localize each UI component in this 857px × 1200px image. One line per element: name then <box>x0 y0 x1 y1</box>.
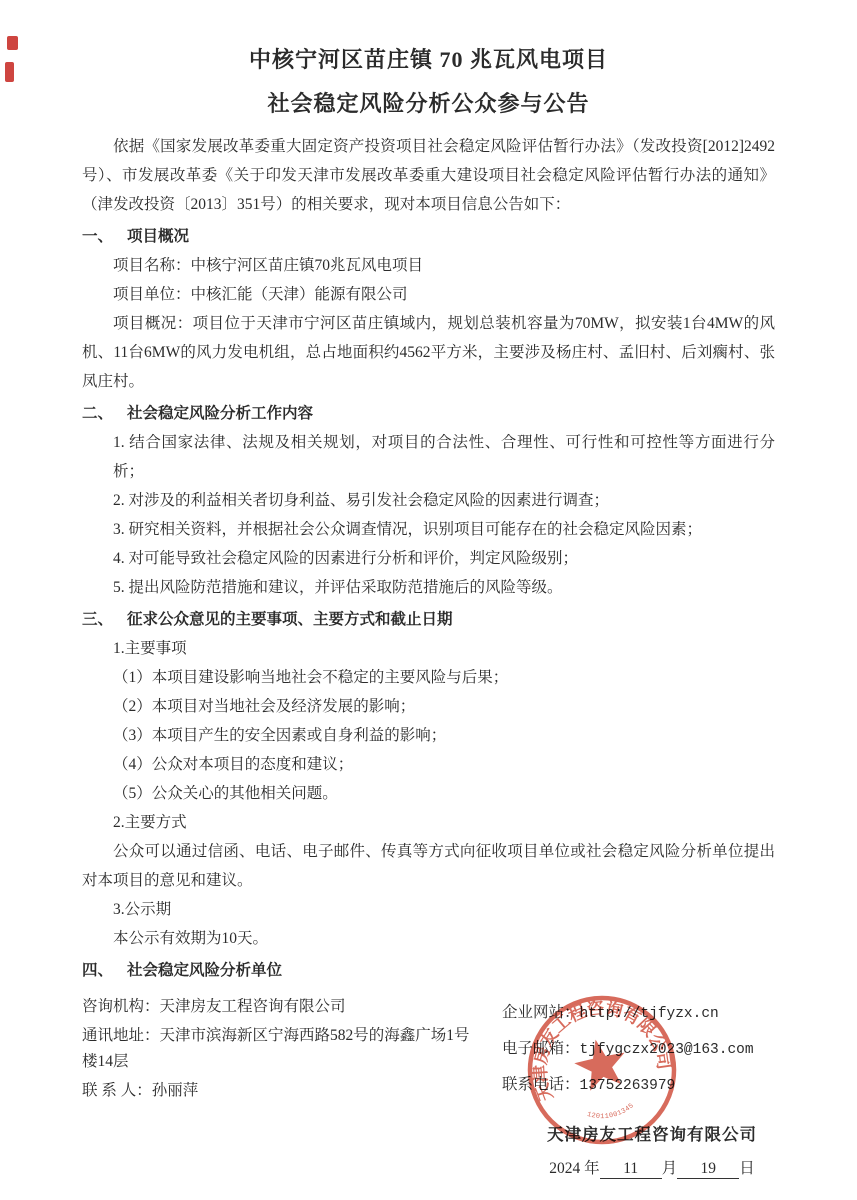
project-overview-line: 项目概况：项目位于天津市宁河区苗庄镇域内，规划总装机容量为70MW，拟安装1台4… <box>82 309 775 396</box>
contact-row: 联 系 人：孙丽萍 <box>82 1078 474 1104</box>
list-item: 4. 对可能导致社会稳定风险的因素进行分析和评价，判定风险级别； <box>82 544 775 573</box>
section-heading-text: 社会稳定风险分析单位 <box>127 956 282 985</box>
list-item: 2. 对涉及的利益相关者切身利益、易引发社会稳定风险的因素进行调查； <box>82 486 775 515</box>
section-heading-project-overview: 一、 项目概况 <box>82 222 775 251</box>
contact-label: 通讯地址： <box>82 1027 160 1044</box>
page-title-line2: 社会稳定风险分析公众参与公告 <box>82 82 775 126</box>
section-heading-analysis-unit: 四、 社会稳定风险分析单位 <box>82 956 775 985</box>
list-item: 3. 研究相关资料，并根据社会公众调查情况，识别项目可能存在的社会稳定风险因素； <box>82 515 775 544</box>
contact-label: 企业网站： <box>502 1004 580 1021</box>
section-number: 四、 <box>82 956 113 985</box>
page-title-line1: 中核宁河区苗庄镇 70 兆瓦风电项目 <box>82 38 775 82</box>
signature-block: 天津房友工程咨询有限公司 2024 年11月19日 <box>487 1120 817 1183</box>
main-method-paragraph: 公众可以通过信函、电话、电子邮件、传真等方式向征收项目单位或社会稳定风险分析单位… <box>82 837 775 895</box>
contact-label: 电子邮箱： <box>502 1040 580 1057</box>
notice-document-page: 中核宁河区苗庄镇 70 兆瓦风电项目 社会稳定风险分析公众参与公告 依据《国家发… <box>0 0 857 1200</box>
section-number: 三、 <box>82 605 113 634</box>
list-item: （3）本项目产生的安全因素或自身利益的影响； <box>82 721 775 750</box>
list-item: （4）公众对本项目的态度和建议； <box>82 750 775 779</box>
contact-label: 联 系 人： <box>82 1082 152 1099</box>
section-heading-text: 社会稳定风险分析工作内容 <box>127 399 313 428</box>
website-value: http://tjfyzx.cn <box>580 1006 719 1022</box>
list-item: （2）本项目对当地社会及经济发展的影响； <box>82 692 775 721</box>
project-name-line: 项目名称：中核宁河区苗庄镇70兆瓦风电项目 <box>82 251 775 280</box>
list-item: （5）公众关心的其他相关问题。 <box>82 779 775 808</box>
contact-label: 咨询机构： <box>82 998 160 1015</box>
subsection-title: 3.公示期 <box>82 895 775 924</box>
contact-value: 孙丽萍 <box>152 1082 199 1099</box>
contact-value: 天津房友工程咨询有限公司 <box>160 998 346 1015</box>
list-item: （1）本项目建设影响当地社会不稳定的主要风险与后果； <box>82 663 775 692</box>
signature-date: 2024 年11月19日 <box>487 1154 817 1183</box>
date-year: 2024 <box>549 1160 580 1177</box>
date-day-value: 19 <box>677 1160 739 1179</box>
section-heading-text: 项目概况 <box>127 222 189 251</box>
project-unit-line: 项目单位：中核汇能（天津）能源有限公司 <box>82 280 775 309</box>
date-month-value: 11 <box>600 1160 662 1179</box>
list-item: 1. 结合国家法律、法规及相关规划，对项目的合法性、合理性、可行性和可控性等方面… <box>82 428 775 486</box>
contact-row: 电子邮箱：tjfygczx2023@163.com <box>502 1036 775 1063</box>
contact-row: 咨询机构：天津房友工程咨询有限公司 <box>82 994 474 1020</box>
phone-value: 13752263979 <box>580 1078 676 1094</box>
subsection-title: 2.主要方式 <box>82 808 775 837</box>
section-number: 一、 <box>82 222 113 251</box>
subsection-title: 1.主要事项 <box>82 634 775 663</box>
signature-company-name: 天津房友工程咨询有限公司 <box>487 1120 817 1150</box>
email-value: tjfygczx2023@163.com <box>580 1042 754 1058</box>
section-heading-text: 征求公众意见的主要事项、主要方式和截止日期 <box>127 605 453 634</box>
contact-label: 联系电话： <box>502 1076 580 1093</box>
section-number: 二、 <box>82 399 113 428</box>
list-item: 5. 提出风险防范措施和建议，并评估采取防范措施后的风险等级。 <box>82 573 775 602</box>
date-month-label: 月 <box>662 1160 678 1177</box>
section-heading-public-opinion: 三、 征求公众意见的主要事项、主要方式和截止日期 <box>82 605 775 634</box>
contact-info-block: 咨询机构：天津房友工程咨询有限公司 通讯地址：天津市滨海新区宁海西路582号的海… <box>82 991 775 1104</box>
contact-row: 企业网站：http://tjfyzx.cn <box>502 1000 775 1027</box>
intro-paragraph: 依据《国家发展改革委重大固定资产投资项目社会稳定风险评估暂行办法》（发改投资[2… <box>82 132 775 219</box>
contact-left-column: 咨询机构：天津房友工程咨询有限公司 通讯地址：天津市滨海新区宁海西路582号的海… <box>82 991 474 1104</box>
date-year-label: 年 <box>584 1160 600 1177</box>
section-heading-risk-analysis-content: 二、 社会稳定风险分析工作内容 <box>82 399 775 428</box>
contact-row: 通讯地址：天津市滨海新区宁海西路582号的海鑫广场1号楼14层 <box>82 1023 474 1075</box>
red-scan-mark-icon <box>5 62 14 82</box>
contact-right-column: 企业网站：http://tjfyzx.cn 电子邮箱：tjfygczx2023@… <box>502 991 775 1104</box>
red-scan-mark-icon <box>7 36 18 50</box>
contact-row: 联系电话：13752263979 <box>502 1072 775 1099</box>
date-day-label: 日 <box>739 1160 755 1177</box>
publicity-period-line: 本公示有效期为10天。 <box>82 924 775 953</box>
